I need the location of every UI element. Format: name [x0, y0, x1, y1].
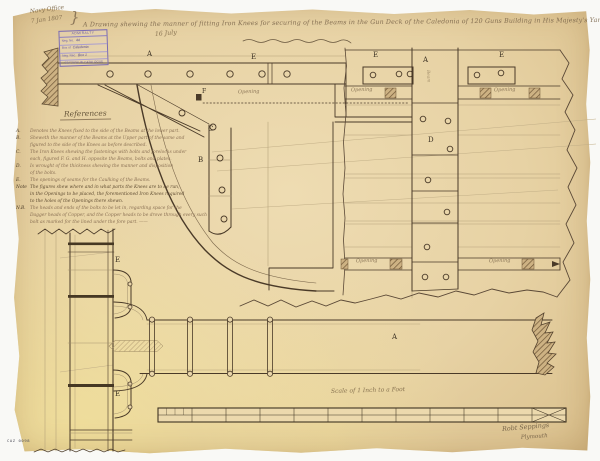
reference-text: in the Openings to be placed, the foreme… — [30, 191, 184, 198]
reference-item: D.Is wrought of the thickness shewing th… — [16, 163, 230, 170]
reference-item: B.Sheweth the manner of the Beams at the… — [16, 135, 230, 142]
stamp-field-value: Box 1 — [78, 54, 87, 60]
reference-item: C.The Iron Knees shewing the fastenings … — [16, 149, 230, 156]
scale-bar — [158, 408, 566, 422]
stamp-field-value: Caledonia — [73, 46, 89, 52]
ship-plan-scan: Navy Office 7 Jan 1807 } A Drawing shewi… — [0, 0, 600, 461]
part-letter-e: E — [373, 52, 378, 59]
part-letter-e: E — [499, 52, 504, 59]
opening-label: Opening — [238, 90, 260, 96]
reference-item: bolt as marked for the lined under the f… — [16, 219, 230, 226]
stamp-field-label: Neg. Rec. — [62, 54, 76, 60]
reference-key: E. — [16, 177, 30, 184]
reference-text: of the bolts. — [30, 170, 57, 177]
reference-key: D. — [16, 163, 30, 170]
reference-key: Note — [16, 184, 30, 191]
reference-item: N.B.The heads and ends of the bolts to b… — [16, 205, 230, 212]
reference-item: Dagger heads of Copper, and the Copper h… — [16, 212, 230, 219]
reference-text: each, figured F. G. and H. opposite the … — [30, 156, 172, 163]
reference-text: The heads and ends of the bolts to be le… — [30, 205, 182, 212]
reference-text: The figures shew where and in what parts… — [30, 184, 179, 191]
part-letter-a: A — [423, 57, 428, 64]
reference-text: to the holes of the Openings there shewn… — [30, 198, 123, 205]
references-heading: References — [60, 109, 111, 120]
reference-key: C. — [16, 149, 30, 156]
bottom-plan-drawing — [114, 302, 556, 391]
stamp-footer: SECTION IN CATALOGUE — [60, 59, 107, 65]
part-letter-e: E — [115, 391, 120, 398]
reference-key: A. — [16, 128, 30, 135]
part-letter-a: A — [392, 334, 397, 341]
reference-item: E.The openings of seams for the Caulking… — [16, 177, 230, 184]
corner-brace: } — [70, 10, 80, 25]
reference-text: Denotes the Knees fixed to the side of t… — [30, 128, 180, 135]
reference-key — [16, 212, 30, 219]
reference-item: of the bolts. — [16, 170, 230, 177]
reference-text: The openings of seams for the Caulking o… — [30, 177, 150, 184]
reference-text: figured to the side of the Knees as befo… — [30, 142, 147, 149]
part-letter-f: F — [202, 89, 206, 95]
part-letter-a: A — [147, 51, 152, 58]
references-list: A.Denotes the Knees fixed to the side of… — [16, 128, 230, 226]
part-letter-c: C — [208, 126, 213, 133]
reference-key — [16, 156, 30, 163]
part-letter-e: E — [115, 257, 120, 264]
opening-label: Opening — [489, 259, 511, 265]
reference-text: Dagger heads of Copper, and the Copper h… — [30, 212, 207, 219]
reference-item: in the Openings to be placed, the foreme… — [16, 191, 230, 198]
side-strip-drawing — [34, 229, 163, 452]
plan-linework — [0, 0, 600, 461]
reference-item: A.Denotes the Knees fixed to the side of… — [16, 128, 230, 135]
catalogue-number: CAZ 0098 — [7, 439, 30, 443]
reference-text: bolt as marked for the lined under the f… — [30, 219, 148, 226]
plan-drawing — [240, 40, 577, 308]
reference-text: The Iron Knees shewing the fastenings wi… — [30, 149, 186, 156]
reference-text: Is wrought of the thickness shewing the … — [30, 163, 173, 170]
reference-key: B. — [16, 135, 30, 142]
stamp-field-label: Neg. No. — [62, 39, 74, 45]
reference-key — [16, 170, 30, 177]
reference-item: figured to the side of the Knees as befo… — [16, 142, 230, 149]
opening-label: Opening — [494, 88, 516, 94]
opening-label: Opening — [356, 259, 378, 265]
reference-key — [16, 198, 30, 205]
part-letter-b: B — [198, 157, 203, 164]
reference-item: to the holes of the Openings there shewn… — [16, 198, 230, 205]
reference-item: NoteThe figures shew where and in what p… — [16, 184, 230, 191]
stamp-field-value: 44 — [76, 39, 80, 45]
stamp-field-label: Box of — [62, 47, 71, 53]
part-letter-d: D — [428, 137, 434, 144]
beam-column-label: Beam — [425, 70, 430, 83]
reference-key — [16, 191, 30, 198]
reference-key — [16, 219, 30, 226]
opening-label: Opening — [351, 88, 373, 94]
reference-key — [16, 142, 30, 149]
reference-key: N.B. — [16, 205, 30, 212]
reference-text: Sheweth the manner of the Beams at the U… — [30, 135, 184, 142]
part-letter-e: E — [251, 54, 256, 61]
archive-stamp: ADMIRALTY Neg. No. 44 Box of Caledonia N… — [58, 29, 108, 67]
